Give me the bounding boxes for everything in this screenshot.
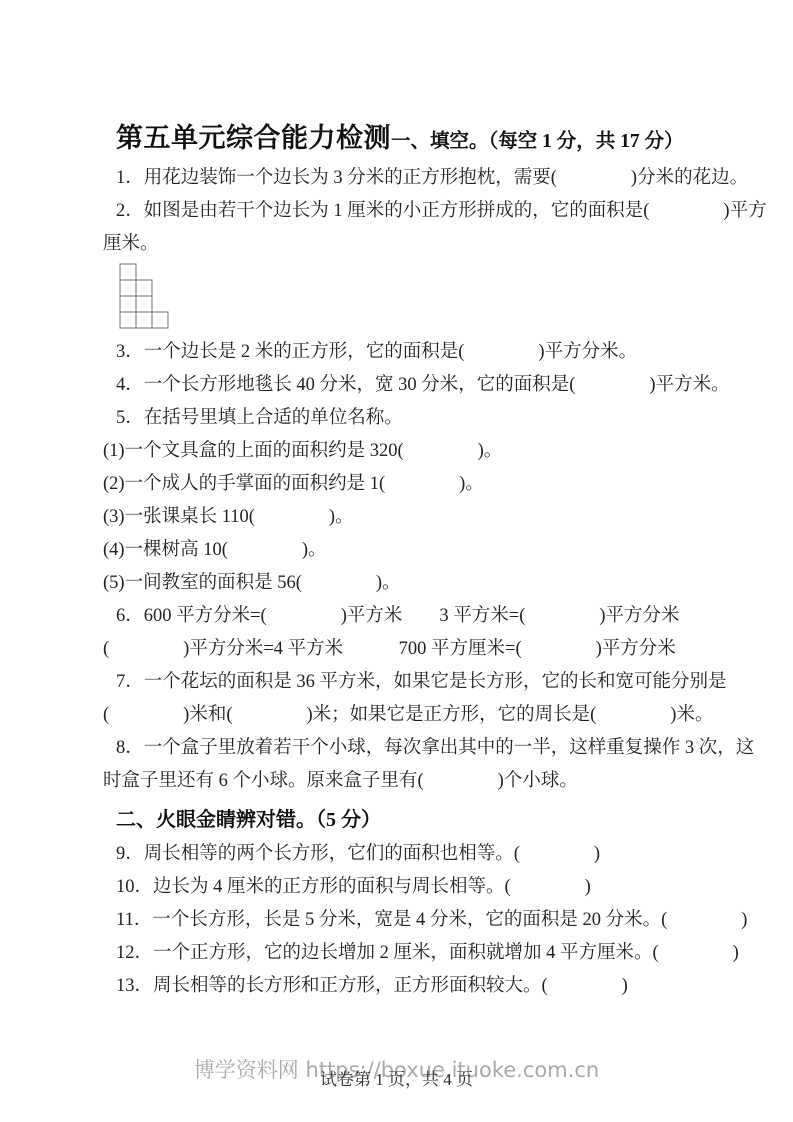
page-number: 试卷第 1 页，共 4 页 xyxy=(0,1065,793,1090)
question-5-sub-4: (4)一棵树高 10( )。 xyxy=(103,534,703,567)
question-8-line2: 时盒子里还有 6 个小球。原来盒子里有( )个小球。 xyxy=(103,765,703,798)
page-title: 第五单元综合能力检测一、填空。（每空 1 分，共 17 分） xyxy=(116,118,703,160)
question-1: 1．用花边装饰一个边长为 3 分米的正方形抱枕，需要( )分米的花边。 xyxy=(103,162,703,195)
question-5-sub-5: (5)一间教室的面积是 56( )。 xyxy=(103,567,703,600)
unit-title: 第五单元综合能力检测 xyxy=(116,123,391,153)
worksheet-page: 第五单元综合能力检测一、填空。（每空 1 分，共 17 分） 1．用花边装饰一个… xyxy=(0,0,793,1122)
section2-heading: 二、火眼金睛辨对错。（5 分） xyxy=(116,802,703,838)
question-9: 9．周长相等的两个长方形，它们的面积也相等。( ) xyxy=(103,838,703,871)
unit-squares-grid-svg xyxy=(119,263,171,331)
question-6-line1: 6．600 平方分米=( )平方米 3 平方米=( )平方分米 xyxy=(103,600,703,633)
question-11: 11．一个长方形，长是 5 分米，宽是 4 分米，它的面积是 20 分米。( ) xyxy=(103,904,703,937)
question-3: 3．一个边长是 2 米的正方形，它的面积是( )平方分米。 xyxy=(103,336,703,369)
question-2-line1: 2．如图是由若干个边长为 1 厘米的小正方形拼成的，它的面积是( )平方 xyxy=(103,195,703,228)
question-7-line1: 7．一个花坛的面积是 36 平方米，如果它是长方形，它的长和宽可能分别是 xyxy=(103,666,703,699)
question-8-line1: 8．一个盒子里放着若干个小球，每次拿出其中的一半，这样重复操作 3 次，这 xyxy=(103,732,703,765)
question-4: 4．一个长方形地毯长 40 分米，宽 30 分米，它的面积是( )平方米。 xyxy=(103,369,703,402)
question-5-sub-3: (3)一张课桌长 110( )。 xyxy=(103,501,703,534)
question-2-line2: 厘米。 xyxy=(103,228,703,261)
question-12: 12．一个正方形，它的边长增加 2 厘米，面积就增加 4 平方厘米。( ) xyxy=(103,937,703,970)
question-5-sub-2: (2)一个成人的手掌面的面积约是 1( )。 xyxy=(103,468,703,501)
question-7-line2: ( )米和( )米；如果它是正方形，它的周长是( )米。 xyxy=(103,699,703,732)
question-6-line2: ( )平方分米=4 平方米 700 平方厘米=( )平方分米 xyxy=(103,633,703,666)
worksheet-content: 第五单元综合能力检测一、填空。（每空 1 分，共 17 分） 1．用花边装饰一个… xyxy=(103,118,703,1003)
question-13: 13．周长相等的长方形和正方形，正方形面积较大。( ) xyxy=(103,970,703,1003)
page-footer: 博学资料网 https://boxue.ituoke.com.cn 试卷第 1 … xyxy=(0,1052,793,1102)
section1-heading: 一、填空。（每空 1 分，共 17 分） xyxy=(391,131,684,152)
question-5-sub-1: (1)一个文具盒的上面的面积约是 320( )。 xyxy=(103,435,703,468)
question-5: 5．在括号里填上合适的单位名称。 xyxy=(103,402,703,435)
unit-squares-figure xyxy=(119,263,703,336)
question-10: 10．边长为 4 厘米的正方形的面积与周长相等。( ) xyxy=(103,871,703,904)
